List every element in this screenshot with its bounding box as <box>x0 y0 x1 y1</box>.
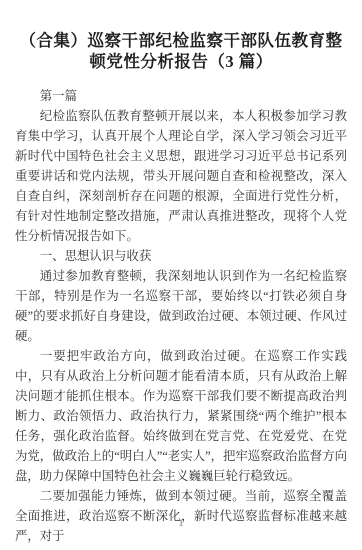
section-label: 第一篇 <box>15 86 347 106</box>
document-page: （合集）巡察干部纪检监察干部队伍教育整顿党性分析报告（3 篇） 第一篇 纪检监察… <box>0 0 362 550</box>
paragraph: 一、思想认识与收获 <box>15 246 347 266</box>
document-body: 第一篇 纪检监察队伍教育整顿开展以来，本人积极参加学习教育集中学习，认真开展个人… <box>15 86 347 546</box>
document-title: （合集）巡察干部纪检监察干部队伍教育整顿党性分析报告（3 篇） <box>19 30 343 72</box>
paragraph: 二要加强能力锤炼，做到本领过硬。当前，巡察全覆盖全面推进，政治巡察不断深化，新时… <box>15 486 347 546</box>
paragraph: 一要把牢政治方向，做到政治过硬。在巡察工作实践中，只有从政治上分析问题才能看清本… <box>15 346 347 486</box>
paragraph: 纪检监察队伍教育整顿开展以来，本人积极参加学习教育集中学习，认真开展个人理论自学… <box>15 106 347 246</box>
paragraph-list: 纪检监察队伍教育整顿开展以来，本人积极参加学习教育集中学习，认真开展个人理论自学… <box>15 106 347 546</box>
page-number: 1 <box>0 518 362 528</box>
paragraph: 通过参加教育整顿，我深刻地认识到作为一名纪检监察干部，特别是作为一名巡察干部，要… <box>15 266 347 346</box>
